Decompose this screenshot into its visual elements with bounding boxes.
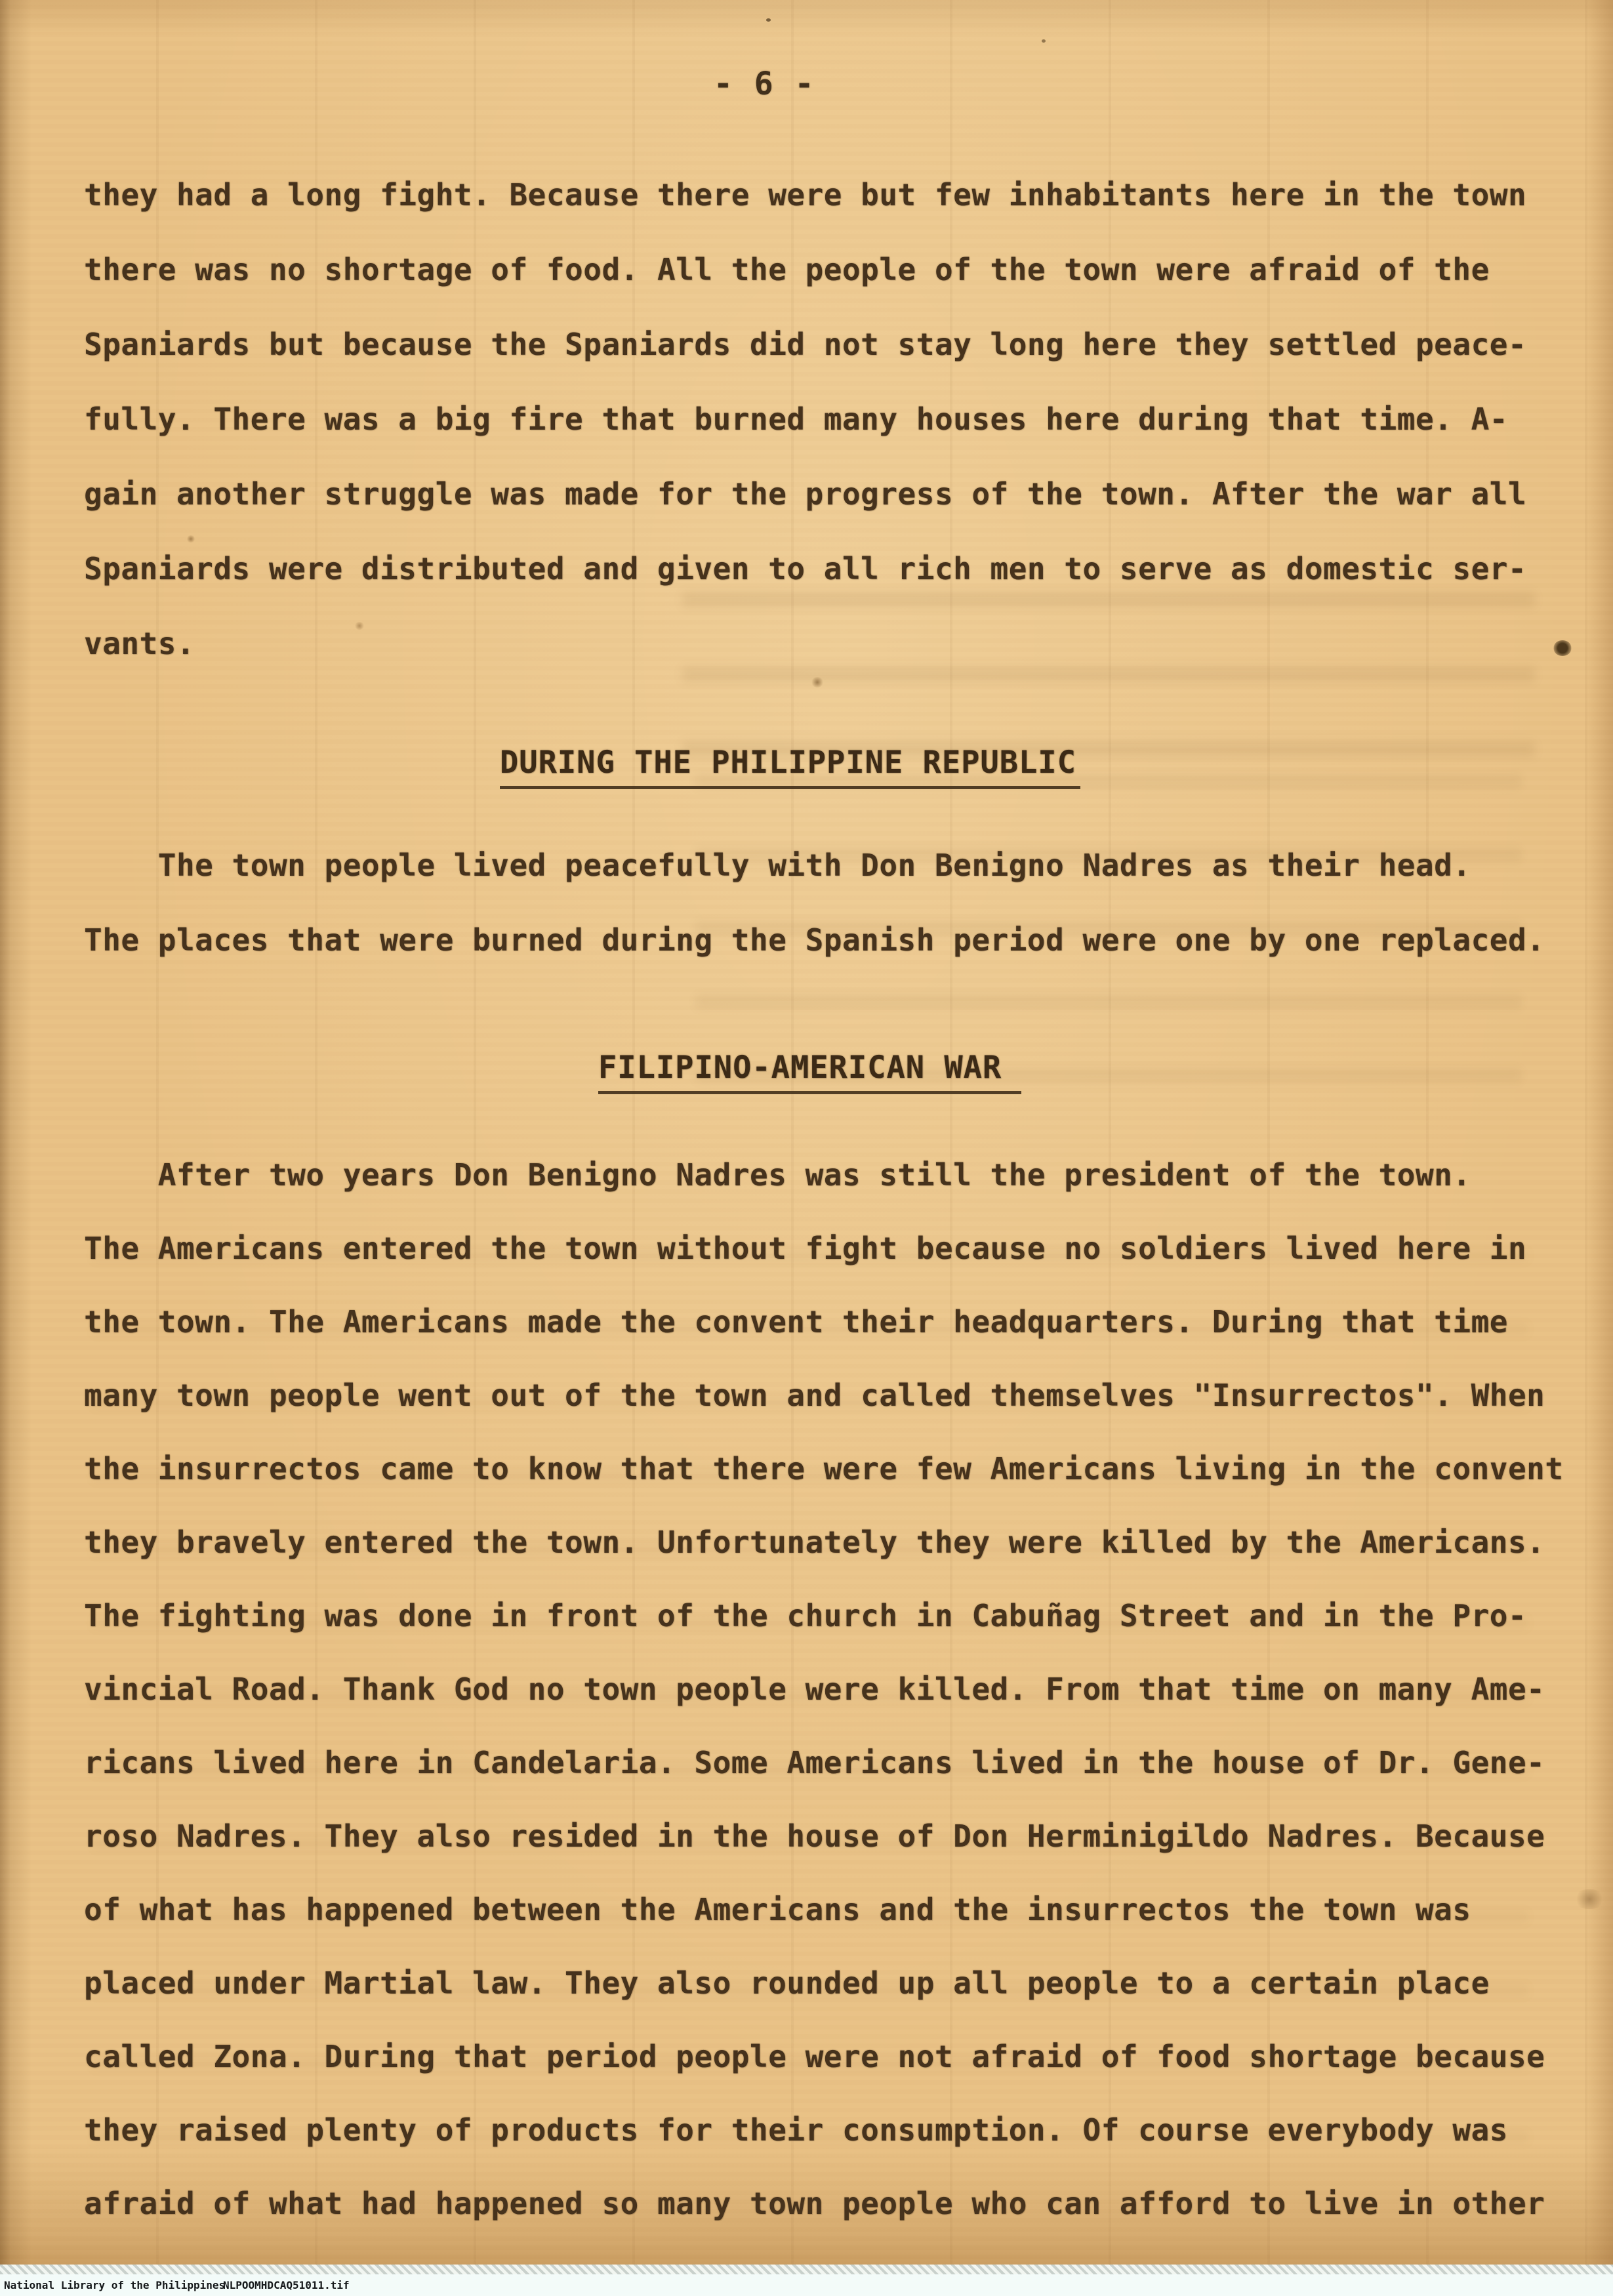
paragraph-spanish-period: they had a long fight. Because there wer… [84, 157, 1526, 681]
page-number: - 6 - [714, 66, 815, 102]
scan-source-label: National Library of the Philippines [4, 2279, 225, 2291]
section-heading-filipino-american-war: FILIPINO-AMERICAN WAR [598, 1050, 1021, 1094]
text-line: afraid of what had happened so many town… [84, 2167, 1564, 2240]
section-heading-philippine-republic: DURING THE PHILIPPINE REPUBLIC [500, 745, 1080, 789]
text-line: ricans lived here in Candelaria. Some Am… [84, 1726, 1564, 1799]
text-line: vants. [84, 606, 1526, 681]
text-line: the town. The Americans made the convent… [84, 1285, 1564, 1359]
text-line: many town people went out of the town an… [84, 1359, 1564, 1432]
text-line: they bravely entered the town. Unfortuna… [84, 1506, 1564, 1579]
text-line: Spaniards were distributed and given to … [84, 531, 1526, 606]
text-line: of what has happened between the America… [84, 1873, 1564, 1946]
ink-stain [1574, 1889, 1604, 1909]
paragraph-filipino-american-war: After two years Don Benigno Nadres was s… [84, 1138, 1564, 2240]
text-line: there was no shortage of food. All the p… [84, 232, 1526, 307]
text-line: called Zona. During that period people w… [84, 2020, 1564, 2093]
text-line: roso Nadres. They also resided in the ho… [84, 1799, 1564, 1873]
ink-speck [1042, 39, 1046, 43]
text-line: The town people lived peacefully with Do… [84, 828, 1545, 903]
text-line: gain another struggle was made for the p… [84, 457, 1526, 531]
text-line: the insurrectos came to know that there … [84, 1432, 1564, 1506]
text-line: they had a long fight. Because there wer… [84, 157, 1526, 232]
text-line: they raised plenty of products for their… [84, 2093, 1564, 2167]
text-line: The fighting was done in front of the ch… [84, 1579, 1564, 1652]
scanned-document-page: - 6 - they had a long fight. Because the… [0, 0, 1613, 2296]
scan-edge-hatching [0, 2265, 1613, 2274]
text-line: fully. There was a big fire that burned … [84, 382, 1526, 457]
scan-footer-bar: National Library of the Philippines NLPO… [0, 2274, 1613, 2296]
scan-filename-label: NLPOOMHDCAQ51011.tif [223, 2279, 350, 2291]
text-line: After two years Don Benigno Nadres was s… [84, 1138, 1564, 1212]
text-line: vincial Road. Thank God no town people w… [84, 1652, 1564, 1726]
text-line: Spaniards but because the Spaniards did … [84, 307, 1526, 382]
text-line: The Americans entered the town without f… [84, 1212, 1564, 1285]
ink-speck [766, 18, 771, 22]
text-line: placed under Martial law. They also roun… [84, 1946, 1564, 2020]
paragraph-philippine-republic: The town people lived peacefully with Do… [84, 828, 1545, 977]
text-line: The places that were burned during the S… [84, 903, 1545, 977]
ink-stain [1553, 640, 1572, 656]
